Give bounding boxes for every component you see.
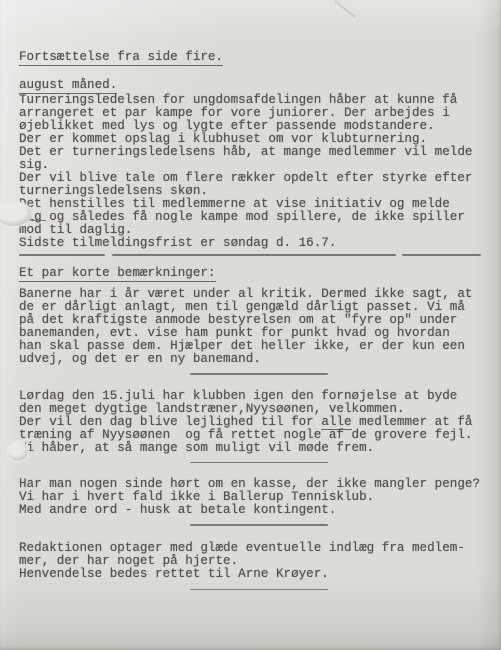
divider-short [190, 589, 328, 591]
section-redaktionen: Redaktionen optager med glæde eventuelle… [19, 542, 501, 581]
paragraph-line: Det er turneringsledelsens håb, at mange… [19, 146, 501, 159]
divider-segment [402, 254, 481, 256]
bemaerkninger-heading: Et par korte bemærkninger: [19, 267, 216, 282]
paragraph-line: udvej, og det er en ny banemand. [19, 353, 501, 366]
paragraph-line: Med andre ord - husk at betale kontingen… [19, 504, 501, 517]
line-text: Der vil den dag blive lejlighed til for [19, 415, 321, 429]
section-bemaerkninger: Et par korte bemærkninger: Banerne har i… [19, 256, 501, 366]
section-august-maaned: august måned. Turneringsledelsen for ung… [19, 79, 501, 250]
divider-short [190, 462, 328, 464]
divider-short [190, 524, 328, 526]
paragraph-line: Der vil den dag blive lejlighed til for … [19, 416, 501, 429]
line-text: medlemmer at få [352, 415, 473, 429]
paragraph-line: Vi håber, at så mange som muligt vil mød… [19, 442, 501, 455]
paragraph-line: Redaktionen optager med glæde eventuelle… [19, 542, 501, 555]
paragraph-line: Sidste tilmeldingsfrist er søndag d. 16.… [19, 237, 501, 250]
scanned-page: Fortsættelse fra side fire. august måned… [0, 0, 501, 650]
page-heading: Fortsættelse fra side fire. [19, 51, 223, 66]
paragraph-line: Lørdag den 15.juli har klubben igen den … [19, 390, 501, 403]
paragraph-line: træning af Nyysøønen og få rettet nogle … [19, 429, 501, 442]
divider-short [190, 373, 328, 375]
section-kontingent: Har man nogen sinde hørt om en kasse, de… [19, 478, 501, 517]
smudge-mark [334, 0, 356, 18]
august-heading: august måned. [19, 79, 117, 94]
section-landstraener: Lørdag den 15.juli har klubben igen den … [19, 390, 501, 455]
paragraph-line: Henvendelse bedes rettet til Arne Krøyer… [19, 568, 501, 581]
hole-punch-mark [8, 442, 28, 461]
paragraph-line: mer, der har noget på hjerte. [19, 555, 501, 568]
